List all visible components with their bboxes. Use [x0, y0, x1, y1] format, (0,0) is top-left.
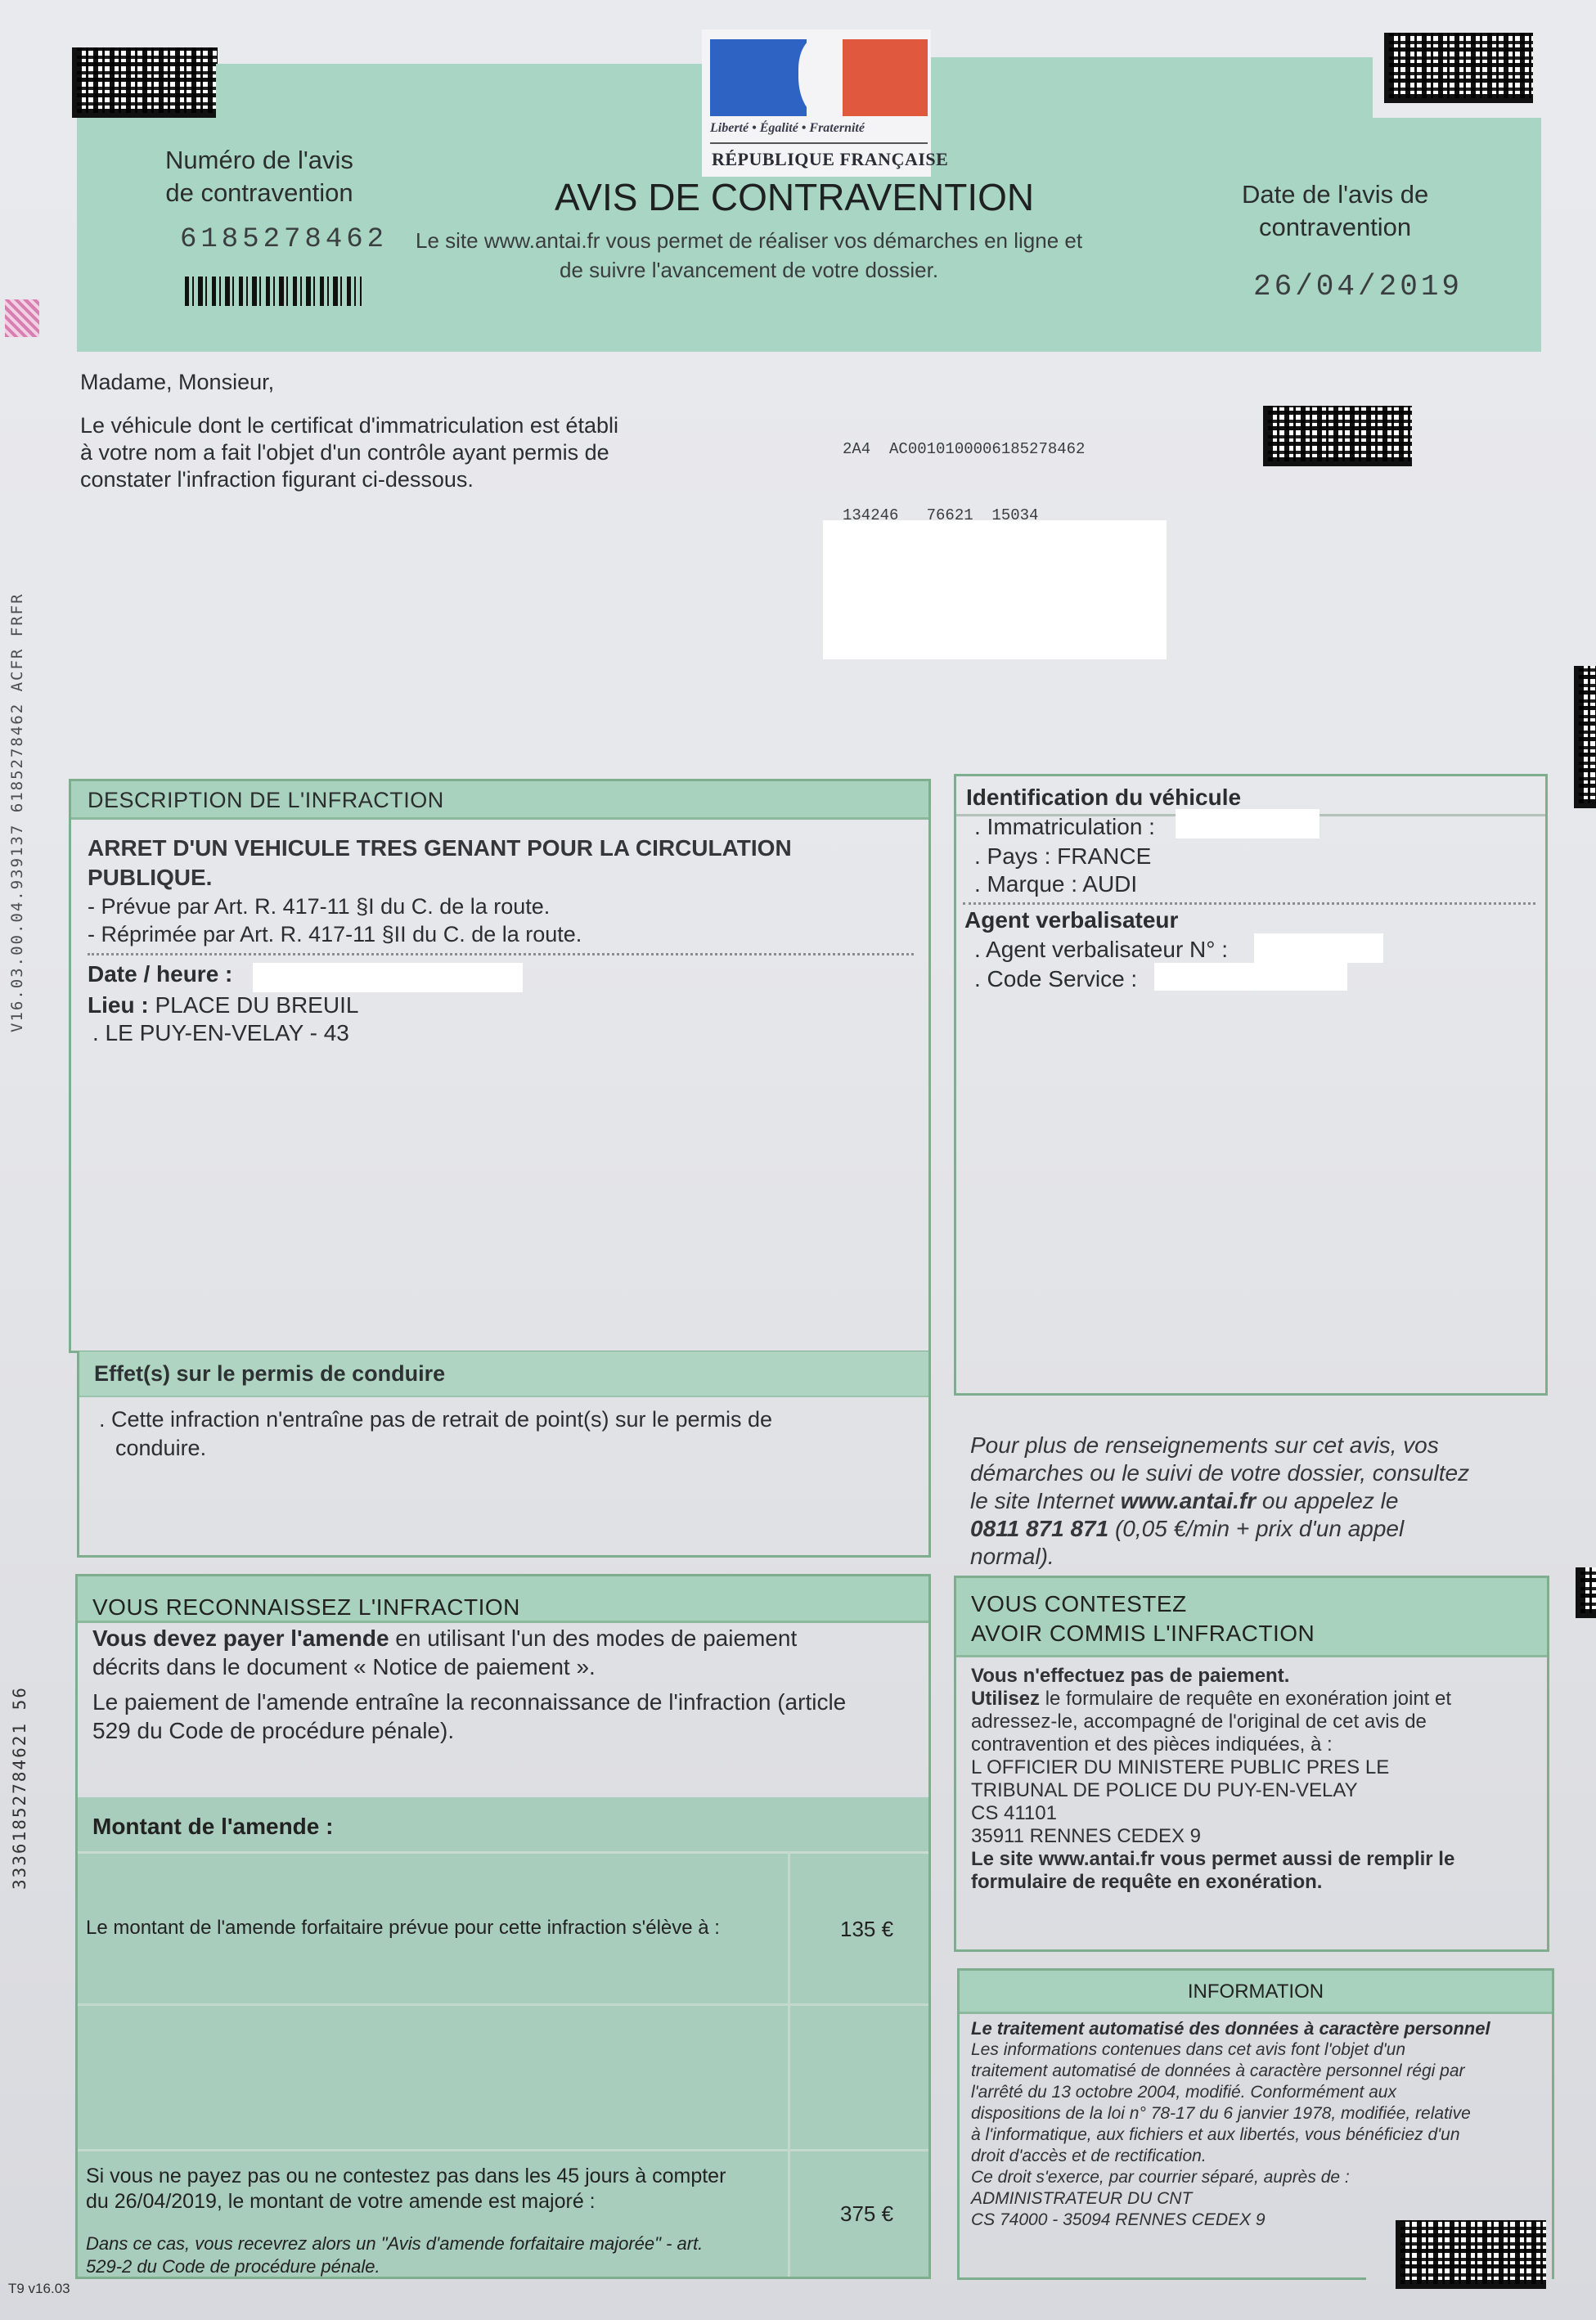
phone-number: 0811 871 871	[970, 1516, 1108, 1541]
montant-row-divider	[78, 2003, 928, 2006]
date-label: Date de l'avis de contravention	[1242, 178, 1428, 244]
contestez-title: VOUS CONTESTEZ AVOIR COMMIS L'INFRACTION	[971, 1589, 1315, 1648]
flag-white-profile-icon	[798, 38, 844, 116]
majore-note: Dans ce cas, vous recevrez alors un "Avi…	[86, 2232, 703, 2278]
reconnaissez-p1: Vous devez payer l'amende en utilisant l…	[92, 1624, 797, 1681]
reconnaissez-p2: Le paiement de l'amende entraîne la reco…	[92, 1688, 846, 1745]
montant-header-rule	[78, 1851, 928, 1854]
info-contact: Pour plus de renseignements sur cet avis…	[970, 1432, 1469, 1571]
description-title: DESCRIPTION DE L'INFRACTION	[88, 788, 444, 813]
montant-section: Montant de l'amende : Le montant de l'am…	[78, 1797, 928, 2277]
logo-republic: RÉPUBLIQUE FRANÇAISE	[712, 149, 948, 170]
vehicle-box: Identification du véhicule . Immatricula…	[954, 774, 1548, 1396]
numero-barcode	[185, 277, 362, 306]
logo-motto: Liberté • Égalité • Fraternité	[710, 121, 865, 136]
infraction-prevue: - Prévue par Art. R. 417-11 §I du C. de …	[88, 892, 550, 921]
reconnaissez-title: VOUS RECONNAISSEZ L'INFRACTION	[92, 1594, 520, 1621]
information-box-bottom-rule	[957, 2277, 1366, 2280]
intro-text: Le véhicule dont le certificat d'immatri…	[80, 412, 618, 493]
date-heure-label: Date / heure :	[88, 961, 232, 987]
footer-version: T9 v16.03	[8, 2281, 70, 2297]
description-divider	[88, 953, 914, 955]
datamatrix-margin-right-2	[1576, 1567, 1596, 1618]
vehicle-divider	[963, 902, 1535, 905]
datamatrix-code-reference	[1263, 406, 1412, 466]
datamatrix-margin-right	[1574, 666, 1596, 808]
datamatrix-code-top-right	[1384, 33, 1533, 103]
code-service-label: . Code Service :	[974, 966, 1137, 992]
logo-divider	[710, 142, 928, 144]
agent-number-label: . Agent verbalisateur N° :	[974, 937, 1228, 963]
redacted-code-service	[1154, 963, 1347, 991]
effets-text: . Cette infraction n'entraîne pas de ret…	[99, 1405, 772, 1463]
montant-column-divider	[788, 1851, 790, 2277]
contestez-body: Vous n'effectuez pas de paiement. Utilis…	[971, 1665, 1454, 1894]
montant-title: Montant de l'amende :	[92, 1814, 333, 1840]
margin-reference-top: V16.03.00.04.939137 6185278462 ACFR FRFR	[8, 592, 26, 1032]
antai-link[interactable]: www.antai.fr	[1121, 1488, 1256, 1513]
information-body: Les informations contenues dans cet avis…	[971, 2039, 1471, 2231]
page-title: AVIS DE CONTRAVENTION	[555, 175, 1034, 219]
contestez-box: VOUS CONTESTEZ AVOIR COMMIS L'INFRACTION…	[954, 1576, 1549, 1952]
salutation: Madame, Monsieur,	[80, 368, 274, 397]
agent-title: Agent verbalisateur	[964, 907, 1178, 933]
margin-reference-bottom: 33361852784621 56	[10, 1686, 29, 1890]
montant-row-divider-2	[78, 2149, 928, 2151]
flag-blue-icon	[710, 39, 807, 116]
flag-red-icon	[843, 39, 928, 116]
information-title: INFORMATION	[960, 1981, 1552, 2003]
datamatrix-code-bottom-right	[1396, 2220, 1546, 2289]
header-band-top-right	[924, 57, 1373, 123]
redacted-agent-number	[1254, 933, 1383, 963]
forfaitaire-value: 135 €	[840, 1917, 893, 1942]
redacted-immatriculation	[1176, 809, 1320, 839]
effets-title: Effet(s) sur le permis de conduire	[94, 1361, 445, 1387]
reconnaissez-box: VOUS RECONNAISSEZ L'INFRACTION Vous deve…	[75, 1574, 931, 2279]
marianne-logo: Liberté • Égalité • Fraternité RÉPUBLIQU…	[702, 29, 931, 177]
date-value: 26/04/2019	[1253, 270, 1463, 303]
vehicle-pays: . Pays : FRANCE	[974, 843, 1151, 870]
redacted-date-heure	[253, 963, 523, 992]
lieu-city: . LE PUY-EN-VELAY - 43	[92, 1018, 349, 1047]
vehicle-title: Identification du véhicule	[966, 785, 1241, 811]
margin-mark-magenta	[5, 299, 39, 337]
infraction-label: ARRET D'UN VEHICULE TRES GENANT POUR LA …	[88, 834, 792, 892]
redacted-address-block	[823, 520, 1167, 659]
lieu-row: Lieu : PLACE DU BREUIL	[88, 991, 358, 1019]
majore-text: Si vous ne payez pas ou ne contestez pas…	[86, 2164, 726, 2214]
forfaitaire-label: Le montant de l'amende forfaitaire prévu…	[86, 1917, 720, 1940]
vehicle-marque: . Marque : AUDI	[974, 871, 1137, 897]
datamatrix-code-top-left	[72, 47, 218, 118]
information-heading: Le traitement automatisé des données à c…	[971, 2018, 1490, 2039]
majore-value: 375 €	[840, 2201, 893, 2227]
effets-box: Effet(s) sur le permis de conduire . Cet…	[77, 1351, 931, 1558]
header-subtitle: Le site www.antai.fr vous permet de réal…	[416, 226, 1082, 285]
vehicle-immat-label: . Immatriculation :	[974, 814, 1155, 840]
numero-value: 6185278462	[180, 224, 388, 255]
antai-form-link[interactable]: Le site www.antai.fr vous permet aussi d…	[971, 1848, 1454, 1871]
numero-label: Numéro de l'avis de contravention	[165, 144, 353, 209]
description-box: DESCRIPTION DE L'INFRACTION ARRET D'UN V…	[69, 779, 931, 1353]
infraction-reprimee: - Réprimée par Art. R. 417-11 §II du C. …	[88, 920, 582, 949]
header-band-top-left	[216, 64, 707, 121]
